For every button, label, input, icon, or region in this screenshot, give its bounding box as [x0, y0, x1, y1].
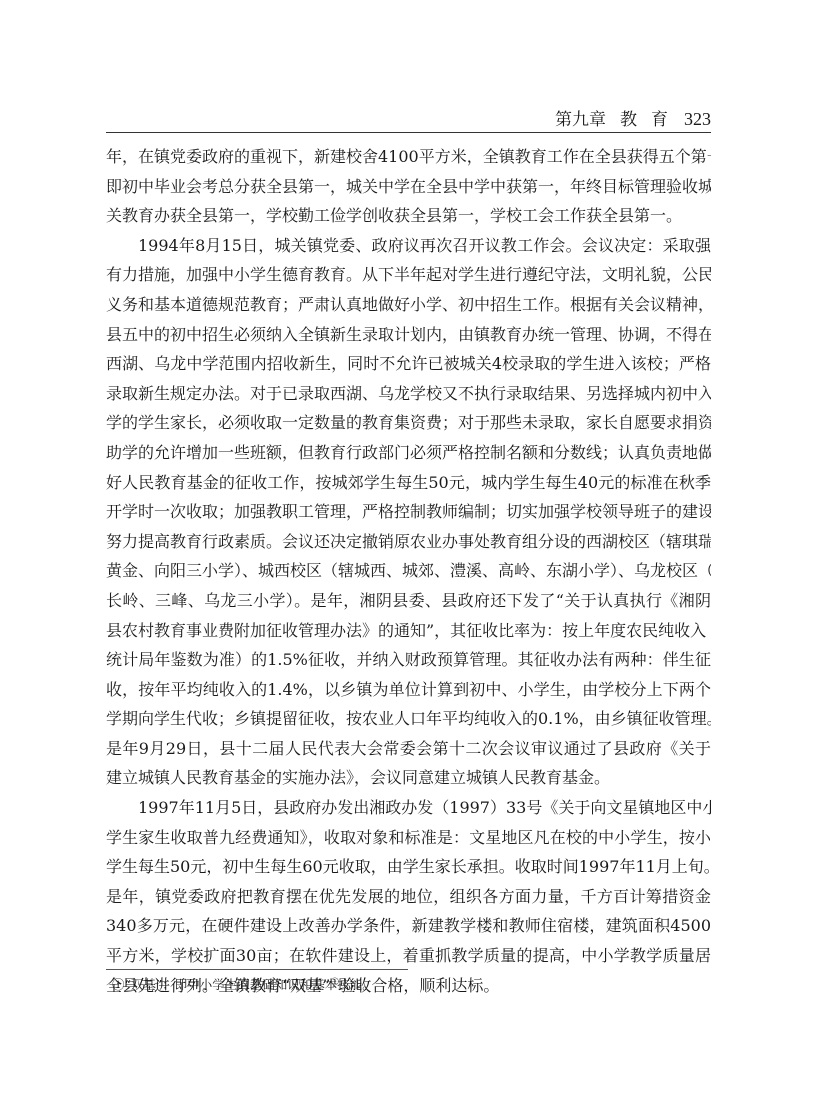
text-line: 建立城镇人民教育基金的实施办法》，会议同意建立城镇人民教育基金。	[106, 763, 711, 793]
text-line: 学生家生收取普九经费通知》，收取对象和标准是：文星地区凡在校的中小学生，按小	[106, 823, 711, 853]
text-line: 学期向学生代收；乡镇提留征收，按农业人口年平均纯收入的0.1%，由乡镇征收管理。	[106, 704, 711, 734]
text-line: 好人民教育基金的征收工作，按城郊学生每生50元，城内学生每生40元的标准在秋季	[106, 468, 711, 498]
text-line: 即初中毕业会考总分获全县第一，城关中学在全县中学中获第一，年终目标管理验收城	[106, 172, 711, 202]
text-line: 努力提高教育行政素质。会议还决定撤销原农业办事处教育组分设的西湖校区（辖琪瑞、	[106, 527, 711, 557]
footnote-divider	[106, 969, 408, 970]
text-line: 学的学生家长，必须收取一定数量的教育集资费；对于那些未录取，家长自愿要求捐资	[106, 408, 711, 438]
text-line: 有力措施，加强中小学生德育教育。从下半年起对学生进行遵纪守法，文明礼貌，公民	[106, 260, 711, 290]
page-number: 323	[684, 109, 711, 130]
paragraph-start-line: 1994年8月15日，城关镇党委、政府议再次召开议教工作会。会议决定：采取强	[106, 231, 711, 261]
running-header: 第九章教育323	[106, 103, 711, 133]
text-line: 录取新生规定办法。对于已录取西湖、乌龙学校又不执行录取结果、另选择城内初中入	[106, 379, 711, 409]
text-line: 340多万元，在硬件建设上改善办学条件，新建教学楼和教师住宿楼，建筑面积4500	[106, 911, 711, 941]
chapter-label: 第九章	[555, 105, 606, 130]
paragraph-start-line: 1997年11月5日，县政府办发出湘政办发（1997）33号《关于向文星镇地区中…	[106, 793, 711, 823]
text-line: 关教育办获全县第一，学校勤工俭学创收获全县第一，学校工会工作获全县第一。	[106, 201, 711, 231]
text-line: 年，在镇党委政府的重视下，新建校舍4100平方米，全镇教育工作在全县获得五个第一…	[106, 142, 711, 172]
chapter-title-char-2: 育	[651, 105, 668, 130]
text-line: 开学时一次收取；加强教职工管理，严格控制教师编制；切实加强学校领导班子的建设，	[106, 497, 711, 527]
text-line: 统计局年鉴数为准）的1.5%征收，并纳入财政预算管理。其征收办法有两种：伴生征	[106, 645, 711, 675]
text-line: 收，按年平均纯收入的1.4%，以乡镇为单位计算到初中、小学生，由学校分上下两个	[106, 675, 711, 705]
text-line: 县五中的初中招生必须纳入全镇新生录取计划内，由镇教育办统一管理、协调，不得在	[106, 320, 711, 350]
text-line: 义务和基本道德规范教育；严肃认真地做好小学、初中招生工作。根据有关会议精神，	[106, 290, 711, 320]
text-line: 学生每生50元，初中生每生60元收取，由学生家长承担。收取时间1997年11月上…	[106, 852, 711, 882]
body-text: 年，在镇党委政府的重视下，新建校舍4100平方米，全镇教育工作在全县获得五个第一…	[106, 142, 711, 1000]
text-line: 是年9月29日，县十二届人民代表大会常委会第十二次会议审议通过了县政府《关于	[106, 734, 711, 764]
text-line: 是年，镇党委政府把教育摆在优先发展的地位，组织各方面力量，千方百计筹措资金	[106, 882, 711, 912]
text-line: 县农村教育事业费附加征收管理办法》的通知”，其征收比率为：按上年度农民纯收入（以	[106, 616, 711, 646]
header-text: 第九章教育323	[555, 105, 711, 130]
text-line: 助学的允许增加一些班额，但教育行政部门必须严格控制名额和分数线；认真负责地做	[106, 438, 711, 468]
chapter-title-char-1: 教	[620, 105, 637, 130]
text-line: 西湖、乌龙中学范围内招收新生，同时不允许已被城关4校录取的学生进入该校；严格	[106, 349, 711, 379]
footnote: ①“双基”：即中小学生的基础知识和基本技能。	[112, 975, 375, 995]
text-line: 长岭、三峰、乌龙三小学）。是年，湘阴县委、县政府还下发了“关于认真执行《湘阴	[106, 586, 711, 616]
text-line: 黄金、向阳三小学）、城西校区（辖城西、城郊、澧溪、高岭、东湖小学）、乌龙校区（辖	[106, 556, 711, 586]
text-line: 平方米，学校扩面30亩；在软件建设上，着重抓教学质量的提高，中小学教学质量居	[106, 941, 711, 971]
